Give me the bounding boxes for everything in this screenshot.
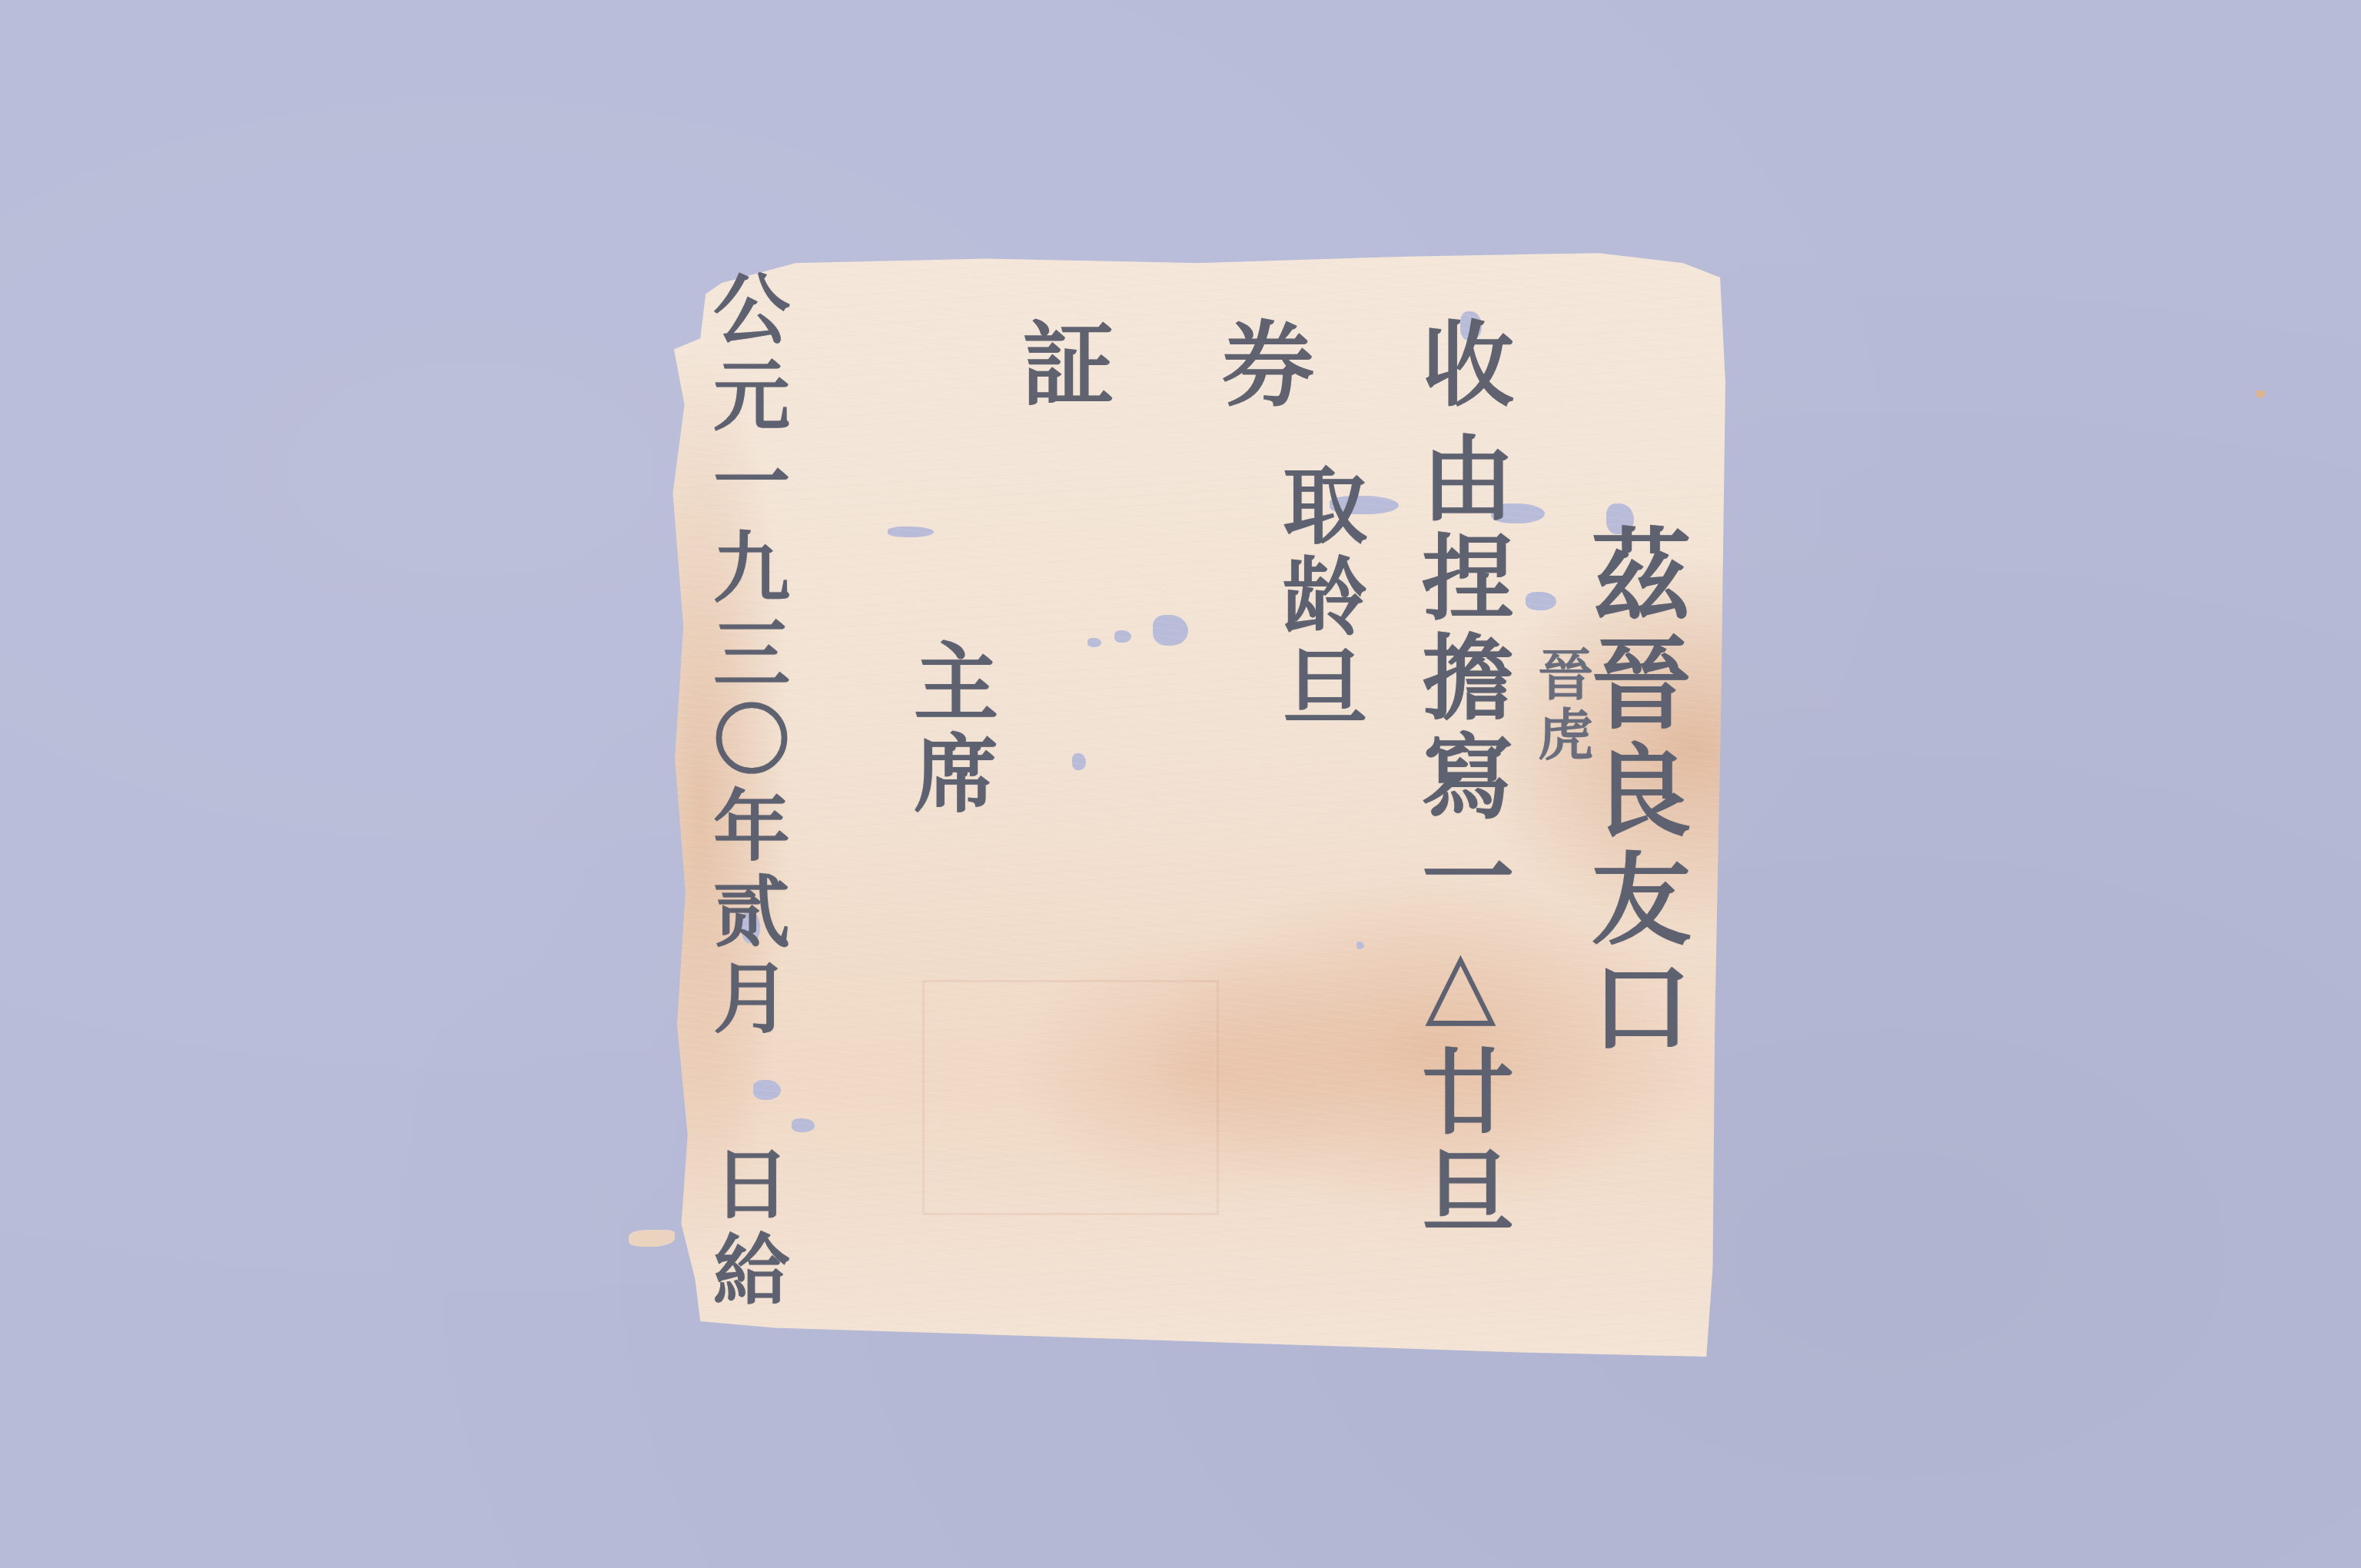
paper-hole: [1526, 592, 1556, 610]
photo-scene: 收券証 茲晉良友口 由捏擔寫一△廿旦 晉虎 取龄旦 主席 公元一九三〇年贰月 日…: [0, 0, 2361, 1568]
faded-seal-mark: [922, 980, 1219, 1215]
paper-hole: [1153, 615, 1188, 646]
paper-fragment: [2256, 390, 2265, 397]
signature-chairman: 主席: [907, 638, 991, 821]
text-column-recipient: 茲晉良友口: [1583, 523, 1683, 1062]
paper-hole: [1356, 942, 1364, 949]
paper-hole: [1072, 753, 1086, 770]
document-title: 收券証: [1022, 292, 1622, 424]
paper-hole: [888, 527, 934, 537]
text-column-received: 取龄旦: [1276, 461, 1360, 735]
paper-torn-tab: [629, 1230, 675, 1247]
paper-hole: [1114, 630, 1131, 643]
text-column-annotation: 晉虎: [1533, 646, 1589, 766]
paper-hole: [1088, 638, 1101, 647]
text-column-item: 由捏擔寫一△廿旦: [1414, 430, 1506, 1244]
date-column: 公元一九三〇年贰月 日給: [707, 269, 784, 1316]
paper-hole: [1207, 246, 1237, 261]
paper-hole: [792, 1118, 815, 1132]
